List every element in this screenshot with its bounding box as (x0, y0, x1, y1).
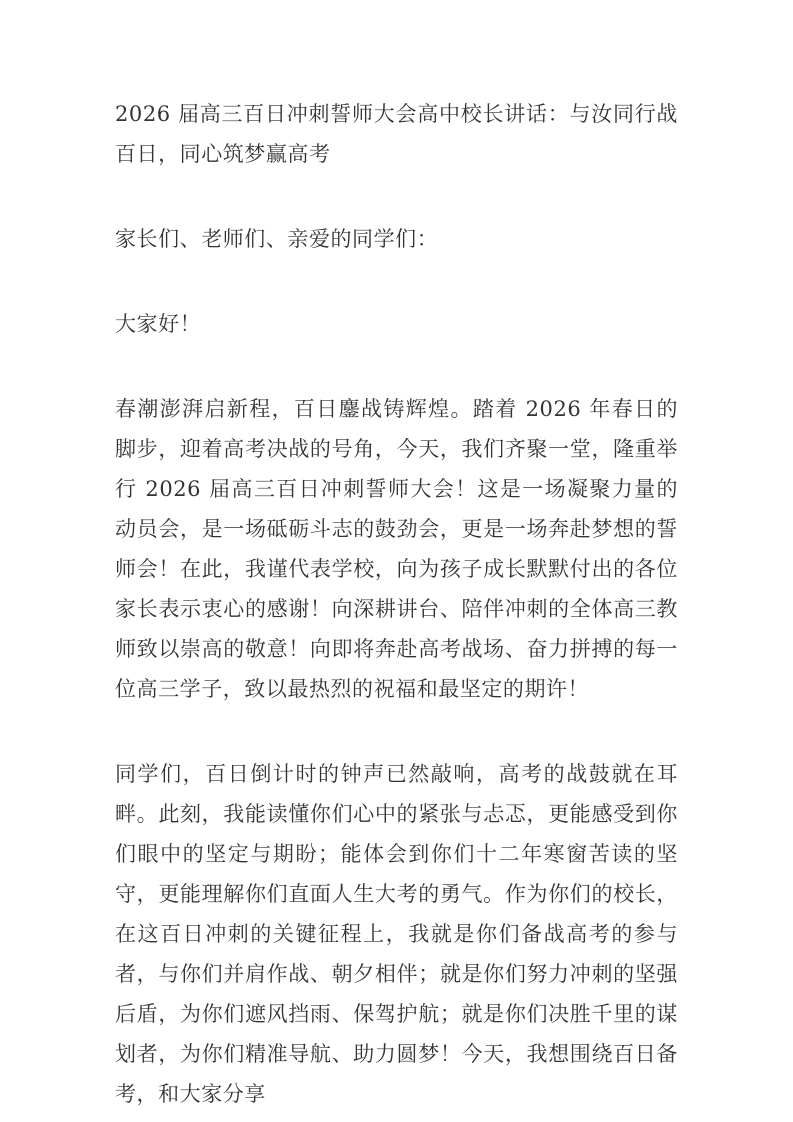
document-body: 家长们、老师们、亲爱的同学们：大家好！春潮澎湃启新程，百日鏖战铸辉煌。踏着 20… (115, 219, 678, 1114)
paragraph: 家长们、老师们、亲爱的同学们： (115, 219, 678, 259)
paragraph: 同学们，百日倒计时的钟声已然敲响，高考的战鼓就在耳畔。此刻，我能读懂你们心中的紧… (115, 754, 678, 1114)
paragraph: 春潮澎湃启新程，百日鏖战铸辉煌。踏着 2026 年春日的脚步，迎着高考决战的号角… (115, 389, 678, 709)
document-page: 2026 届高三百日冲刺誓师大会高中校长讲话：与汝同行战百日，同心筑梦赢高考 家… (0, 0, 793, 1122)
paragraph: 大家好！ (115, 304, 678, 344)
document-title: 2026 届高三百日冲刺誓师大会高中校长讲话：与汝同行战百日，同心筑梦赢高考 (115, 94, 678, 174)
